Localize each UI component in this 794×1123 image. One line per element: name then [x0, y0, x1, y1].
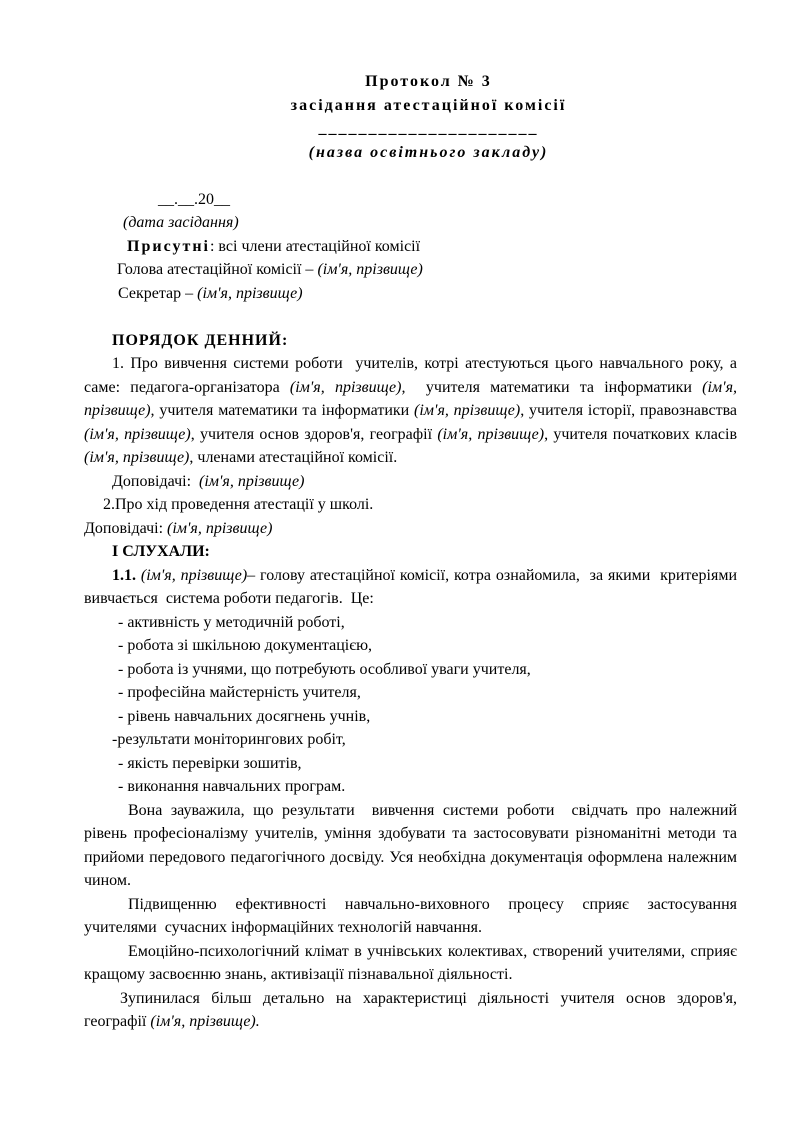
- text-run: , членами атестаційної комісії.: [189, 449, 397, 466]
- text-run: Присутні: [127, 238, 210, 255]
- date-placeholder: __.__.20__: [158, 188, 737, 212]
- agenda-heading: ПОРЯДОК ДЕННИЙ:: [84, 329, 737, 353]
- text-run: -результати моніторингових робіт,: [112, 731, 346, 748]
- text-run: (дата засідання): [123, 214, 239, 231]
- text-run: (ім'я, прізвище): [84, 449, 189, 466]
- criteria-item: - робота зі шкільною документацією,: [118, 634, 737, 658]
- doc-title: Протокол № 3: [120, 70, 737, 94]
- text-run: Емоційно-психологічний клімат в учнівськ…: [84, 943, 741, 984]
- text-run: Голова атестаційної комісії –: [117, 261, 317, 278]
- heard-item-1-1: 1.1. (ім'я, прізвище)– голову атестаційн…: [84, 564, 737, 611]
- text-run: Доповідачі:: [84, 520, 167, 537]
- doc-subtitle: засідання атестаційної комісії: [120, 94, 737, 118]
- text-run: Вона зауважила, що результати вивчення с…: [84, 802, 745, 890]
- text-run: : всі члени атестаційної комісії: [210, 238, 420, 255]
- text-run: І СЛУХАЛИ:: [112, 543, 210, 560]
- text-run: , учителя історії, правознавства: [520, 402, 741, 419]
- criteria-item: - активність у методичній роботі,: [118, 611, 737, 635]
- text-run: (ім'я, прізвище): [199, 473, 304, 490]
- text-run: (ім'я, прізвище): [167, 520, 272, 537]
- criteria-item: - рівень навчальних досягнень учнів,: [118, 705, 737, 729]
- text-run: ______________________: [319, 120, 539, 137]
- spacer-line: [84, 305, 737, 329]
- text-run: учителя математики та інформатики: [155, 402, 414, 419]
- text-run: - виконання навчальних програм.: [118, 778, 345, 795]
- text-run: Підвищенню ефективності навчально-виховн…: [84, 896, 741, 937]
- attendees-line: Присутні: всі члени атестаційної комісії: [127, 235, 737, 259]
- text-run: Секретар –: [118, 285, 197, 302]
- text-run: (назва освітнього закладу): [309, 144, 549, 161]
- text-run: - активність у методичній роботі,: [118, 614, 345, 631]
- heard-heading: І СЛУХАЛИ:: [84, 540, 737, 564]
- document-page: Протокол № 3засідання атестаційної коміс…: [0, 0, 794, 1123]
- text-run: - професійна майстерність учителя,: [118, 684, 361, 701]
- document-body: Протокол № 3засідання атестаційної коміс…: [84, 70, 737, 1034]
- text-run: (ім'я, прізвище): [84, 426, 191, 443]
- text-run: , учителя початкових класів: [544, 426, 741, 443]
- criteria-item: - робота із учнями, що потребують особли…: [118, 658, 737, 682]
- text-run: - робота із учнями, що потребують особли…: [118, 661, 531, 678]
- text-run: __.__.20__: [158, 191, 230, 208]
- text-run: Доповідачі:: [112, 473, 199, 490]
- chair-line: Голова атестаційної комісії – (ім'я, прі…: [117, 258, 737, 282]
- institution-blank-line: ______________________: [120, 117, 737, 141]
- text-run: (ім'я, прізвище): [437, 426, 544, 443]
- speakers-line-2: Доповідачі: (ім'я, прізвище): [84, 517, 737, 541]
- text-run: - робота зі шкільною документацією,: [118, 637, 372, 654]
- text-run: (ім'я, прізвище): [197, 285, 302, 302]
- criteria-item: - виконання навчальних програм.: [118, 775, 737, 799]
- text-run: ПОРЯДОК ДЕННИЙ:: [112, 332, 288, 349]
- secretary-line: Секретар – (ім'я, прізвище): [118, 282, 737, 306]
- body-paragraph: Зупинилася більш детально на характерист…: [84, 987, 737, 1034]
- text-run: 1.1.: [112, 567, 141, 584]
- criteria-item: - якість перевірки зошитів,: [118, 752, 737, 776]
- body-paragraph: Емоційно-психологічний клімат в учнівськ…: [84, 940, 737, 987]
- spacer-line: [84, 164, 737, 188]
- text-run: (ім'я, прізвище): [141, 567, 247, 584]
- text-run: Протокол № 3: [365, 73, 492, 90]
- text-run: , учителя основ здоров'я, географії: [191, 426, 438, 443]
- body-paragraph: Підвищенню ефективності навчально-виховн…: [84, 893, 737, 940]
- criteria-item: -результати моніторингових робіт,: [112, 728, 737, 752]
- institution-caption: (назва освітнього закладу): [120, 141, 737, 165]
- speakers-line-1: Доповідачі: (ім'я, прізвище): [84, 470, 737, 494]
- text-run: засідання атестаційної комісії: [291, 97, 567, 114]
- body-paragraph: Вона зауважила, що результати вивчення с…: [84, 799, 737, 893]
- text-run: (ім'я, прізвище): [414, 402, 520, 419]
- text-run: (ім'я, прізвище).: [150, 1013, 259, 1030]
- text-run: - рівень навчальних досягнень учнів,: [118, 708, 370, 725]
- text-run: - якість перевірки зошитів,: [118, 755, 302, 772]
- agenda-item-1: 1. Про вивчення системи роботи учителів,…: [84, 352, 737, 470]
- text-run: 2.Про хід проведення атестації у школі.: [103, 496, 373, 513]
- date-caption: (дата засідання): [123, 211, 737, 235]
- text-run: (ім'я, прізвище),: [290, 379, 406, 396]
- text-run: (ім'я, прізвище): [317, 261, 422, 278]
- criteria-item: - професійна майстерність учителя,: [118, 681, 737, 705]
- text-run: учителя математики та інформатики: [405, 379, 702, 396]
- agenda-item-2: 2.Про хід проведення атестації у школі.: [84, 493, 737, 517]
